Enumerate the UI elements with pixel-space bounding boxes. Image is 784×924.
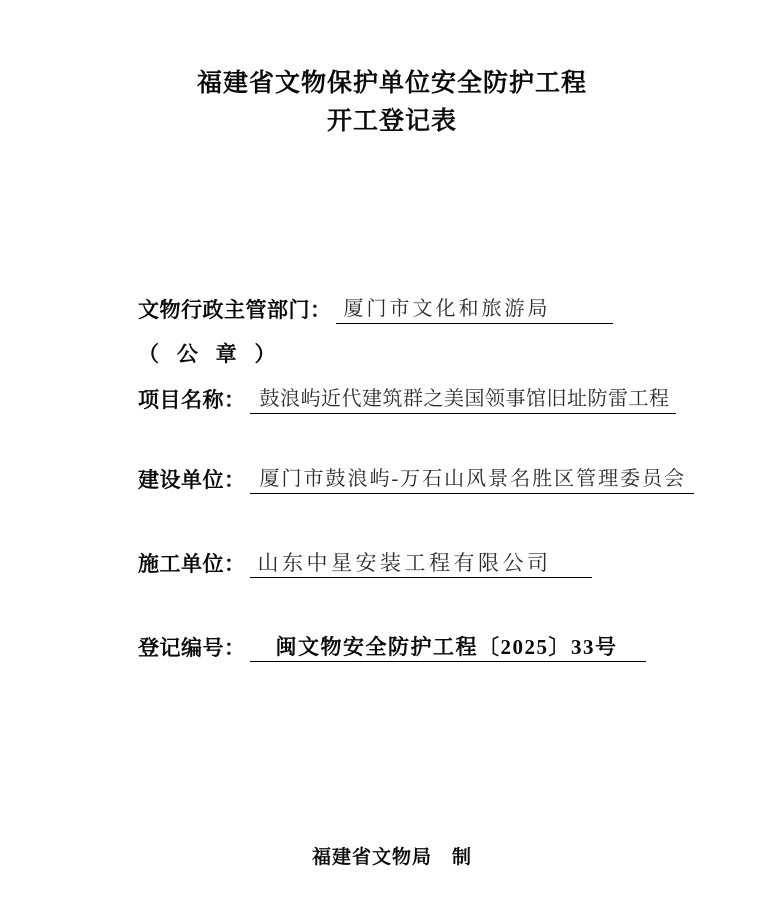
- footer-issuer: 福建省文物局 制: [0, 842, 784, 869]
- field-contractor-unit: 施工单位：山东中星安装工程有限公司: [138, 550, 592, 578]
- field-project-name-value: 鼓浪屿近代建筑群之美国领事馆旧址防雷工程: [250, 386, 676, 414]
- seal-note: （ 公 章 ）: [138, 343, 282, 366]
- field-authority: 文物行政主管部门：厦门市文化和旅游局: [138, 296, 613, 324]
- field-owner-unit-label: 建设单位：: [138, 469, 246, 492]
- field-authority-label: 文物行政主管部门：: [138, 299, 332, 322]
- field-project-name: 项目名称：鼓浪屿近代建筑群之美国领事馆旧址防雷工程: [138, 386, 676, 414]
- field-authority-value: 厦门市文化和旅游局: [336, 296, 613, 324]
- registration-form-cover-page: 福建省文物保护单位安全防护工程 开工登记表 文物行政主管部门：厦门市文化和旅游局…: [0, 0, 784, 924]
- field-project-name-label: 项目名称：: [138, 389, 246, 412]
- field-registration-number-label: 登记编号：: [138, 637, 246, 660]
- title-line-1: 福建省文物保护单位安全防护工程: [0, 64, 784, 102]
- field-owner-unit: 建设单位：厦门市鼓浪屿-万石山风景名胜区管理委员会: [138, 466, 694, 494]
- field-registration-number-value: 闽文物安全防护工程〔2025〕33号: [250, 634, 646, 662]
- seal-note-row: （ 公 章 ）: [138, 342, 282, 368]
- field-owner-unit-value: 厦门市鼓浪屿-万石山风景名胜区管理委员会: [250, 466, 695, 494]
- page-title: 福建省文物保护单位安全防护工程 开工登记表: [0, 64, 784, 140]
- field-contractor-unit-value: 山东中星安装工程有限公司: [250, 550, 592, 578]
- title-line-2: 开工登记表: [0, 102, 784, 140]
- field-registration-number: 登记编号：闽文物安全防护工程〔2025〕33号: [138, 634, 646, 662]
- field-contractor-unit-label: 施工单位：: [138, 553, 246, 576]
